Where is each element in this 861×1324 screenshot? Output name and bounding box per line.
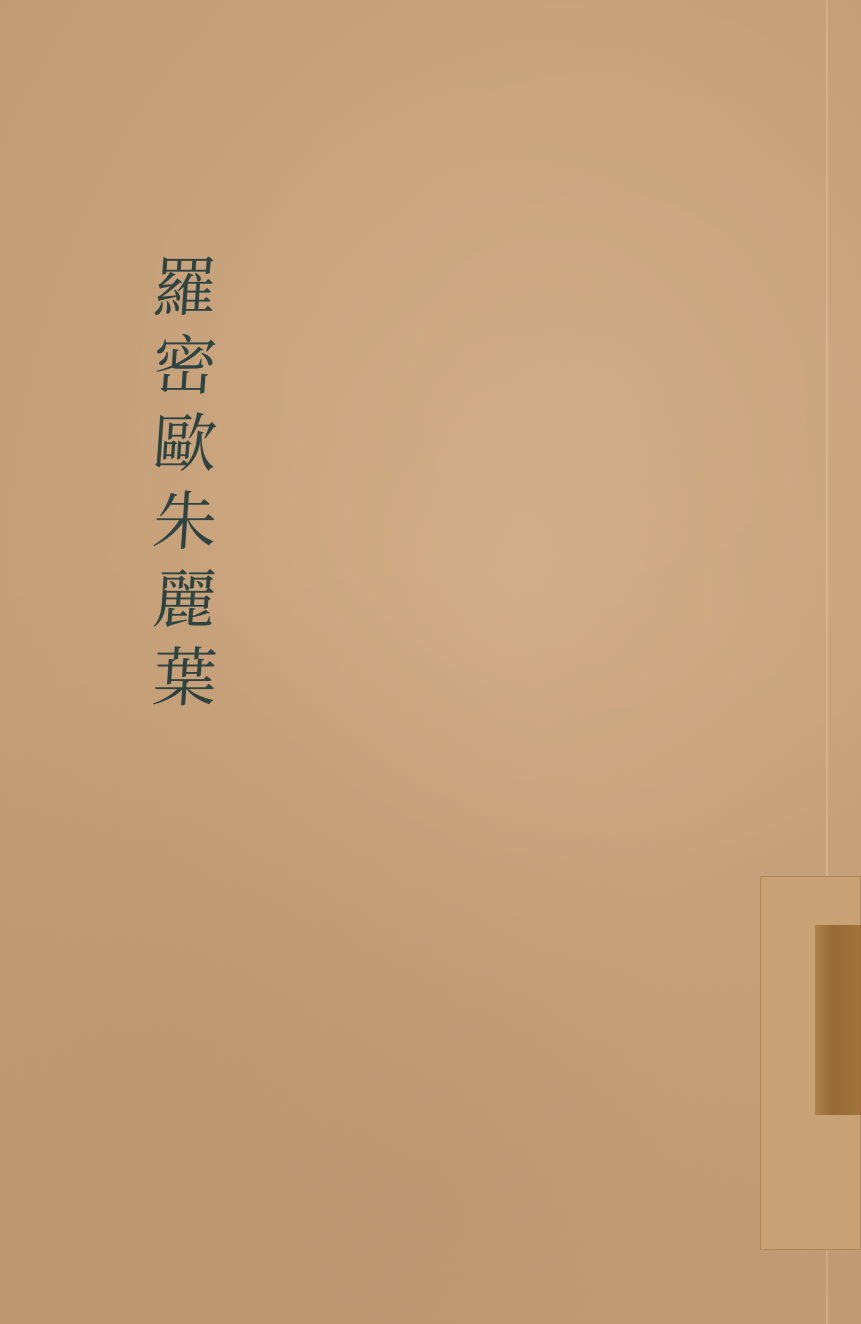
handwritten-title: 羅 密 歐 朱 麗 葉 bbox=[140, 250, 230, 718]
title-char-1: 羅 bbox=[150, 250, 219, 328]
tape-stain bbox=[815, 925, 861, 1115]
title-char-4: 朱 bbox=[150, 484, 219, 562]
title-char-6: 葉 bbox=[150, 640, 219, 718]
book-cover: 羅 密 歐 朱 麗 葉 bbox=[0, 0, 861, 1324]
title-char-3: 歐 bbox=[150, 406, 219, 484]
title-char-2: 密 bbox=[150, 328, 219, 406]
title-char-5: 麗 bbox=[150, 562, 219, 640]
